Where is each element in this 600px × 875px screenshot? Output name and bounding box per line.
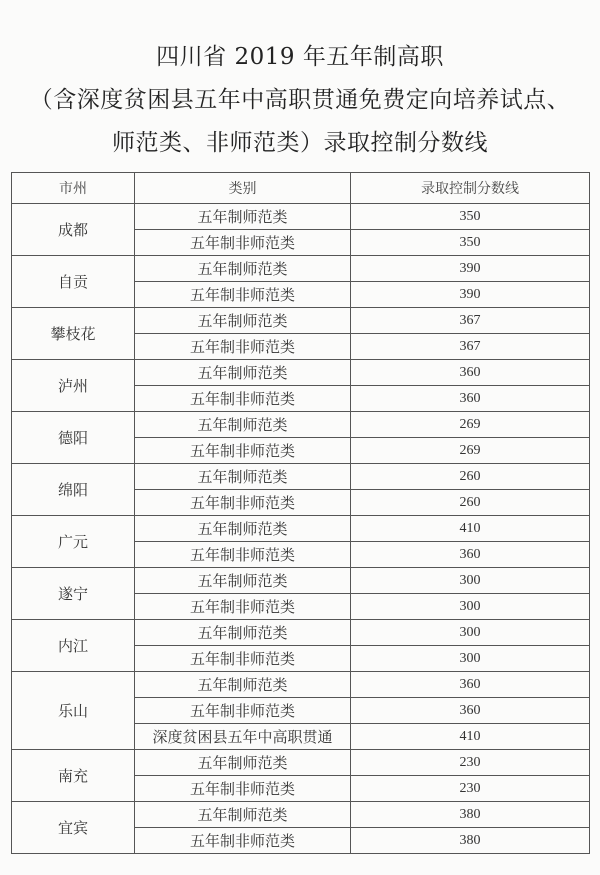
category-cell: 五年制非师范类 <box>135 594 351 620</box>
city-cell: 绵阳 <box>12 464 135 516</box>
category-cell: 五年制师范类 <box>135 802 351 828</box>
score-cell: 300 <box>351 646 590 672</box>
table-row: 遂宁五年制师范类300 <box>12 568 590 594</box>
city-cell: 乐山 <box>12 672 135 750</box>
score-table: 市州 类别 录取控制分数线 成都五年制师范类350五年制非师范类350自贡五年制… <box>11 172 590 854</box>
table-row: 宜宾五年制师范类380 <box>12 802 590 828</box>
category-cell: 五年制师范类 <box>135 672 351 698</box>
table-row: 乐山五年制师范类360 <box>12 672 590 698</box>
score-cell: 390 <box>351 282 590 308</box>
category-cell: 五年制师范类 <box>135 620 351 646</box>
category-cell: 五年制非师范类 <box>135 828 351 854</box>
category-cell: 五年制非师范类 <box>135 334 351 360</box>
category-cell: 五年制非师范类 <box>135 386 351 412</box>
score-cell: 380 <box>351 828 590 854</box>
table-row: 绵阳五年制师范类260 <box>12 464 590 490</box>
table-row: 泸州五年制师范类360 <box>12 360 590 386</box>
category-cell: 五年制非师范类 <box>135 282 351 308</box>
score-cell: 269 <box>351 412 590 438</box>
table-body: 成都五年制师范类350五年制非师范类350自贡五年制师范类390五年制非师范类3… <box>12 204 590 854</box>
city-cell: 内江 <box>12 620 135 672</box>
table-header-row: 市州 类别 录取控制分数线 <box>12 173 590 204</box>
score-cell: 350 <box>351 230 590 256</box>
score-cell: 260 <box>351 464 590 490</box>
category-cell: 五年制师范类 <box>135 464 351 490</box>
category-cell: 五年制师范类 <box>135 256 351 282</box>
city-cell: 攀枝花 <box>12 308 135 360</box>
score-cell: 410 <box>351 724 590 750</box>
city-cell: 南充 <box>12 750 135 802</box>
category-cell: 深度贫困县五年中高职贯通 <box>135 724 351 750</box>
city-cell: 自贡 <box>12 256 135 308</box>
score-cell: 230 <box>351 750 590 776</box>
score-cell: 269 <box>351 438 590 464</box>
score-cell: 360 <box>351 672 590 698</box>
table-row: 德阳五年制师范类269 <box>12 412 590 438</box>
document-title-line-2: （含深度贫困县五年中高职贯通免费定向培养试点、 <box>0 85 600 115</box>
category-cell: 五年制非师范类 <box>135 490 351 516</box>
category-cell: 五年制非师范类 <box>135 698 351 724</box>
city-cell: 广元 <box>12 516 135 568</box>
category-cell: 五年制非师范类 <box>135 438 351 464</box>
score-cell: 360 <box>351 386 590 412</box>
score-cell: 260 <box>351 490 590 516</box>
table-row: 内江五年制师范类300 <box>12 620 590 646</box>
city-cell: 德阳 <box>12 412 135 464</box>
city-cell: 成都 <box>12 204 135 256</box>
category-cell: 五年制非师范类 <box>135 776 351 802</box>
header-score: 录取控制分数线 <box>351 173 590 204</box>
score-cell: 410 <box>351 516 590 542</box>
score-cell: 360 <box>351 360 590 386</box>
table-row: 自贡五年制师范类390 <box>12 256 590 282</box>
score-cell: 300 <box>351 620 590 646</box>
category-cell: 五年制师范类 <box>135 308 351 334</box>
category-cell: 五年制师范类 <box>135 204 351 230</box>
category-cell: 五年制师范类 <box>135 750 351 776</box>
score-cell: 360 <box>351 698 590 724</box>
category-cell: 五年制非师范类 <box>135 542 351 568</box>
score-cell: 230 <box>351 776 590 802</box>
city-cell: 遂宁 <box>12 568 135 620</box>
table-row: 南充五年制师范类230 <box>12 750 590 776</box>
table-row: 广元五年制师范类410 <box>12 516 590 542</box>
document-title-line-1: 四川省 2019 年五年制高职 <box>0 42 600 72</box>
category-cell: 五年制非师范类 <box>135 230 351 256</box>
header-category: 类别 <box>135 173 351 204</box>
score-cell: 367 <box>351 308 590 334</box>
score-cell: 300 <box>351 568 590 594</box>
score-cell: 390 <box>351 256 590 282</box>
score-cell: 360 <box>351 542 590 568</box>
category-cell: 五年制师范类 <box>135 360 351 386</box>
table-row: 成都五年制师范类350 <box>12 204 590 230</box>
score-cell: 300 <box>351 594 590 620</box>
table-row: 攀枝花五年制师范类367 <box>12 308 590 334</box>
score-cell: 367 <box>351 334 590 360</box>
score-cell: 380 <box>351 802 590 828</box>
city-cell: 泸州 <box>12 360 135 412</box>
category-cell: 五年制师范类 <box>135 568 351 594</box>
category-cell: 五年制非师范类 <box>135 646 351 672</box>
city-cell: 宜宾 <box>12 802 135 854</box>
score-cell: 350 <box>351 204 590 230</box>
document-title-line-3: 师范类、非师范类）录取控制分数线 <box>0 128 600 158</box>
category-cell: 五年制师范类 <box>135 412 351 438</box>
category-cell: 五年制师范类 <box>135 516 351 542</box>
header-city: 市州 <box>12 173 135 204</box>
